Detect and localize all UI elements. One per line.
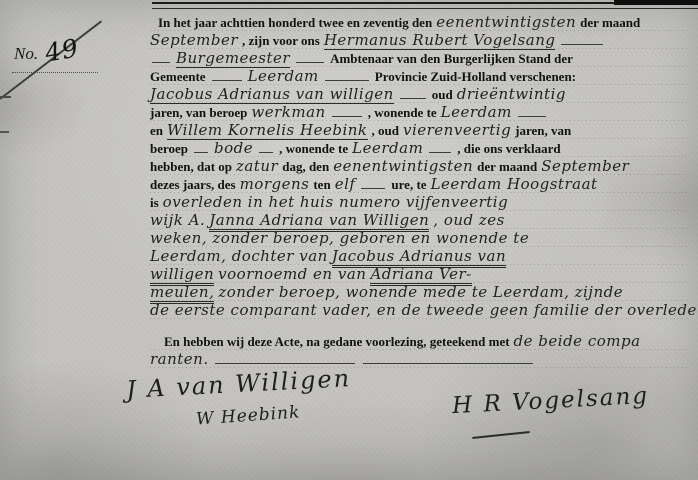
scan-edge-mark xyxy=(0,96,11,98)
printed-text: jaren, van beroep xyxy=(150,105,247,120)
handwritten-text: bode xyxy=(214,139,253,157)
handwritten-text: September xyxy=(150,31,238,49)
act-number: No. 49 xyxy=(14,36,79,65)
blank-rule xyxy=(212,76,242,81)
handwritten-text: September xyxy=(541,157,629,175)
scan-corner-mark xyxy=(614,0,698,5)
handwritten-text: morgens xyxy=(240,175,310,193)
handwritten-text: weken, zonder beroep, geboren en wonende… xyxy=(150,229,529,247)
handwritten-text: eenentwintigsten xyxy=(333,157,473,175)
printed-text: , wonende te xyxy=(279,141,348,156)
handwritten-text: zatur xyxy=(236,157,278,175)
act-line: is overleden in het huis numero vijfenve… xyxy=(150,194,690,212)
scan-edge-mark xyxy=(0,131,9,133)
printed-text: , oud xyxy=(372,123,399,138)
act-line: Jacobus Adrianus van willigen oud drieën… xyxy=(150,86,690,104)
handwritten-text: wijk A. xyxy=(150,211,205,229)
signature-registrar: H R Vogelsang xyxy=(451,383,649,419)
blank-rule xyxy=(363,359,533,364)
printed-text: dag, den xyxy=(282,159,329,174)
handwritten-text: Leerdam xyxy=(441,103,512,121)
handwritten-text: werkman xyxy=(251,103,325,121)
act-number-value: 49 xyxy=(43,33,81,67)
blank-rule xyxy=(152,58,170,63)
act-line: jaren, van beroep werkman , wonende te L… xyxy=(150,104,690,122)
blank-rule xyxy=(296,58,324,63)
printed-text: Ambtenaar van den Burgerlijken Stand der xyxy=(330,51,573,66)
printed-text: Provincie Zuid-Holland verschenen: xyxy=(375,69,576,84)
act-line: Gemeente Leerdam Provincie Zuid-Holland … xyxy=(150,68,690,86)
blank-rule xyxy=(194,148,208,153)
handwritten-text: Leerdam, dochter van xyxy=(150,247,328,265)
act-line: ranten. xyxy=(150,351,690,369)
handwritten-text: zonder beroep, wonende mede te Leerdam, … xyxy=(218,283,623,301)
act-line: En hebben wij deze Acte, na gedane voorl… xyxy=(150,333,690,351)
act-text-body: In het jaar achttien honderd twee en zev… xyxy=(150,14,690,369)
act-line: meulen, zonder beroep, wonende mede te L… xyxy=(150,284,690,302)
printed-text: , wonende te xyxy=(368,105,437,120)
printed-text: ure, te xyxy=(391,177,426,192)
printed-text: , die ons verklaard xyxy=(457,141,560,156)
act-line: Leerdam, dochter van Jacobus Adrianus va… xyxy=(150,248,690,266)
handwritten-text: drieëntwintig xyxy=(457,85,566,103)
handwritten-text: Leerdam Hoogstraat xyxy=(431,175,598,193)
printed-text: is xyxy=(150,195,159,210)
blank-rule xyxy=(400,94,426,99)
printed-text: beroep xyxy=(150,141,188,156)
blank-rule xyxy=(259,148,273,153)
blank-rule xyxy=(561,40,603,45)
printed-text: en xyxy=(150,123,163,138)
printed-text: Gemeente xyxy=(150,69,206,84)
handwritten-text: Willem Kornelis Heebink xyxy=(167,121,368,140)
printed-text: ten xyxy=(313,177,330,192)
printed-text: , zijn voor ons xyxy=(242,33,320,48)
handwritten-text: Hermanus Rubert Vogelsang xyxy=(324,31,556,50)
act-line: en Willem Kornelis Heebink , oud vierenv… xyxy=(150,122,690,140)
handwritten-text: vierenveertig xyxy=(403,121,511,139)
act-line: dezes jaars, des morgens ten elf ure, te… xyxy=(150,176,690,194)
handwritten-text: de beide compa xyxy=(514,332,641,350)
act-number-label: No. xyxy=(14,44,38,63)
dotted-rule xyxy=(12,72,98,73)
act-line: In het jaar achttien honderd twee en zev… xyxy=(150,14,690,32)
signature-declarant-1: J A van Willigen xyxy=(125,364,351,404)
handwritten-text: voornoemd en van xyxy=(218,265,366,283)
act-line: de eerste comparant vader, en de tweede … xyxy=(150,302,690,320)
blank-rule xyxy=(361,184,385,189)
handwritten-text: , oud zes xyxy=(433,211,505,229)
blank-rule xyxy=(215,359,355,364)
handwritten-text: eenentwintigsten xyxy=(436,13,576,31)
printed-text: In het jaar achttien honderd twee en zev… xyxy=(158,15,432,30)
blank-rule xyxy=(332,112,362,117)
handwritten-text: Burgemeester xyxy=(176,49,290,68)
printed-text: hebben, dat op xyxy=(150,159,232,174)
act-line: weken, zonder beroep, geboren en wonende… xyxy=(150,230,690,248)
handwritten-text: overleden in het huis numero vijfenveert… xyxy=(163,193,509,211)
printed-text: dezes jaars, des xyxy=(150,177,236,192)
signature-declarant-2: W Heebink xyxy=(195,402,301,429)
blank-rule xyxy=(518,112,546,117)
act-line: willigen voornoemd en van Adriana Ver- xyxy=(150,266,690,284)
handwritten-text: Leerdam xyxy=(352,139,423,157)
act-line: beroep bode , wonende te Leerdam , die o… xyxy=(150,140,690,158)
printed-text: En hebben wij deze Acte, na gedane voorl… xyxy=(164,334,510,349)
printed-text: der maand xyxy=(580,15,640,30)
blank-rule xyxy=(429,148,451,153)
scanned-death-record-page: No. 49 In het jaar achttien honderd twee… xyxy=(0,0,698,480)
act-line: Burgemeester Ambtenaar van den Burgerlij… xyxy=(150,50,690,68)
handwritten-text: Jacobus Adrianus van willigen xyxy=(150,85,394,104)
handwritten-text: Leerdam xyxy=(248,67,319,85)
act-line: September , zijn voor ons Hermanus Ruber… xyxy=(150,32,690,50)
act-line: hebben, dat op zatur dag, den eenentwint… xyxy=(150,158,690,176)
printed-text: der maand xyxy=(477,159,537,174)
act-line: wijk A. Janna Adriana van Willigen , oud… xyxy=(150,212,690,230)
handwritten-text: ranten. xyxy=(150,350,209,368)
printed-text: jaren, van xyxy=(515,123,571,138)
handwritten-text: elf xyxy=(335,175,356,193)
signature-flourish xyxy=(472,431,530,439)
printed-text: oud xyxy=(432,87,453,102)
blank-rule xyxy=(325,76,369,81)
handwritten-text: de eerste comparant vader, en de tweede … xyxy=(150,301,698,319)
